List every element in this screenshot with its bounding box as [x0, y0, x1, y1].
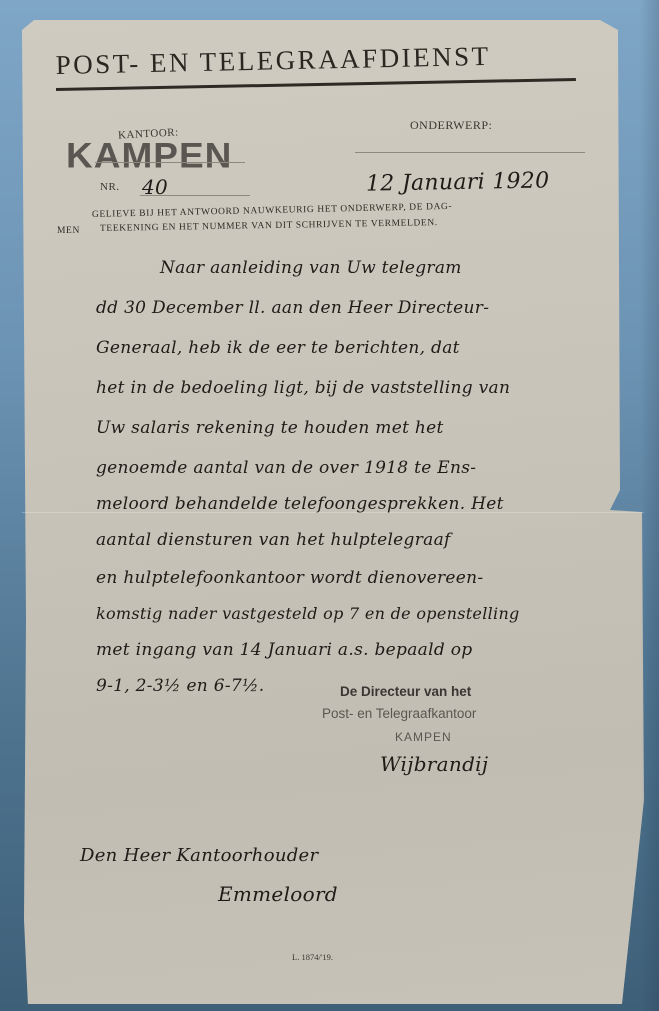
kantoor-stamp: KAMPEN: [66, 136, 232, 176]
body-line: komstig nader vastgesteld op 7 en de ope…: [96, 604, 520, 623]
letter-date: 12 Januari 1920: [366, 168, 550, 196]
stamp-city-line: KAMPEN: [395, 730, 452, 744]
nr-label: NR.: [100, 181, 120, 193]
body-line: dd 30 December ll. aan den Heer Directeu…: [96, 298, 489, 318]
addressee-line-1: Den Heer Kantoorhouder: [80, 845, 318, 866]
body-line: Generaal, heb ik de eer te berichten, da…: [96, 338, 460, 358]
body-line: het in de bedoeling ligt, bij de vastste…: [96, 378, 510, 398]
stamp-office-line: Post- en Telegraafkantoor: [322, 706, 476, 721]
addressee-line-2: Emmeloord: [218, 882, 338, 906]
background-shadow: [640, 0, 659, 1011]
director-signature: Wijbrandij: [380, 752, 488, 776]
stamp-director-line: De Directeur van het: [340, 684, 471, 699]
body-line: Uw salaris rekening te houden met het: [96, 418, 444, 438]
notice-prefix: MEN: [57, 226, 80, 236]
body-line: met ingang van 14 Januari a.s. bepaald o…: [96, 640, 472, 660]
body-line: en hulptelefoonkantoor wordt dienovereen…: [96, 568, 483, 588]
onderwerp-label: ONDERWERP:: [410, 118, 492, 133]
body-line: genoemde aantal van de over 1918 te Ens-: [96, 458, 476, 478]
form-code: L. 1874/'19.: [292, 952, 333, 962]
body-line: Naar aanleiding van Uw telegram: [160, 258, 462, 278]
kantoor-line: [95, 162, 245, 163]
body-line: aantal diensturen van het hulptelegraaf: [96, 530, 451, 550]
body-line: 9-1, 2-3½ en 6-7½.: [96, 676, 265, 696]
onderwerp-line: [355, 152, 585, 153]
nr-line: [140, 195, 250, 196]
body-line: meloord behandelde telefoongesprekken. H…: [96, 494, 504, 514]
